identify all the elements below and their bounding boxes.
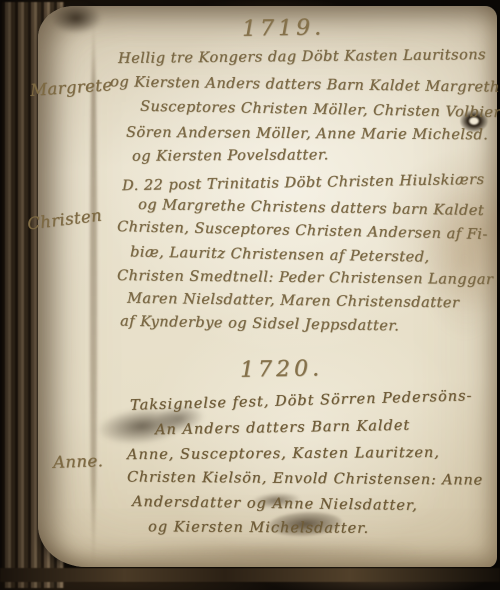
register-scan: 1719. Margrete Hellig tre Kongers dag Dö… — [0, 0, 500, 590]
entry-line: og Kiersten Anders datters Barn Kaldet M… — [110, 74, 500, 96]
entry-line: Sören Andersen Möller, Anne Marie Michel… — [126, 125, 488, 144]
entry-line: og Kiersten Michelsdatter. — [148, 519, 369, 537]
entry-line: Taksignelse fest, Döbt Sörren Pedersöns- — [130, 388, 473, 414]
entry-line: D. 22 post Trinitatis Döbt Christen Hiul… — [122, 172, 485, 194]
entry-line: An Anders datters Barn Kaldet — [155, 418, 410, 438]
margin-note-child-name: Christen — [26, 205, 103, 233]
year-heading-1719: 1719. — [242, 15, 325, 41]
entry-line: Christen, Susceptores Christen Andersen … — [117, 219, 488, 243]
margin-note-child-name: Anne. — [53, 451, 104, 472]
entry-line: Maren Nielsdatter, Maren Christensdatter — [127, 291, 460, 312]
book-bottom-edge — [0, 568, 500, 582]
entry-line: Christen Smedtnell: Peder Christensen La… — [117, 268, 494, 288]
handwritten-text-layer: 1719. Margrete Hellig tre Kongers dag Dö… — [0, 0, 500, 590]
entry-line: Hellig tre Kongers dag Döbt Kasten Lauri… — [118, 47, 486, 67]
entry-line: Andersdatter og Anne Nielsdatter, — [132, 494, 418, 514]
entry-line: Anne, Susceptores, Kasten Lauritzen, — [127, 445, 440, 463]
entry-line: af Kynderbye og Sidsel Jeppsdatter. — [120, 314, 400, 335]
margin-note-child-name: Margrete — [29, 75, 113, 100]
year-heading-1720: 1720. — [240, 356, 323, 382]
entry-line: og Kiersten Povelsdatter. — [132, 147, 329, 164]
entry-line: biæ, Lauritz Christensen af Petersted, — [130, 244, 430, 265]
entry-line: og Margrethe Christens datters barn Kald… — [138, 197, 484, 219]
entry-line: Susceptores Christen Möller, Christen Vo… — [140, 99, 500, 122]
entry-line: Christen Kielsön, Envold Christensen: An… — [127, 469, 483, 488]
